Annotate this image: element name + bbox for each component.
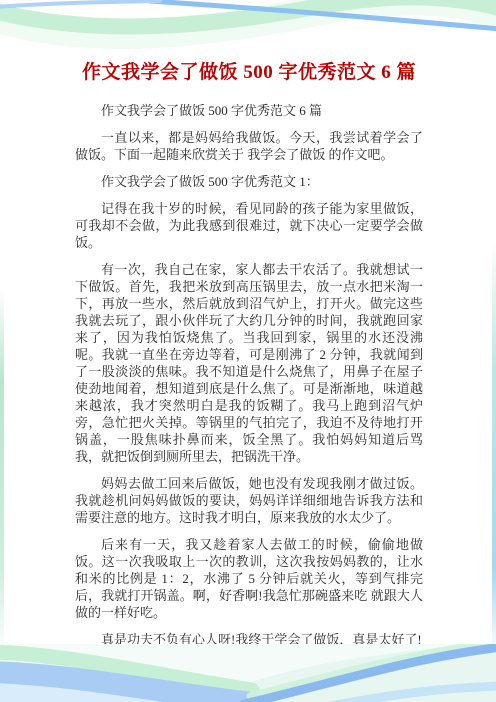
document-subtitle: 作文我学会了做饭 500 字优秀范文 6 篇 (75, 102, 423, 119)
bottom-decorative-border (0, 644, 496, 702)
top-wave-blue-thin (0, 1, 160, 7)
top-decorative-border (0, 0, 496, 52)
intro-paragraph: 一直以来，都是妈妈给我做饭。今天，我尝试着学会了做饭。下面一起随来欣赏关于 我学… (75, 129, 423, 163)
essay1-paragraph-3: 妈妈去做工回来后做饭，她也没有发现我刚才做过饭。我就趁机问妈妈做饭的要诀，妈妈详… (75, 475, 423, 526)
essay1-paragraph-4: 后来有一天，我又趁着家人去做工的时候，偷偷地做饭。这一次我吸取上一次的教训，这次… (75, 536, 423, 621)
page-title: 作文我学会了做饭 500 字优秀范文 6 篇 (75, 58, 423, 88)
document-page: 作文我学会了做饭 500 字优秀范文 6 篇 作文我学会了做饭 500 字优秀范… (0, 0, 496, 702)
essay1-paragraph-1: 记得在我十岁的时候，看见同龄的孩子能为家里做饭，可我却不会做，为此我感到很难过，… (75, 200, 423, 251)
essay1-paragraph-2: 有一次，我自己在家，家人都去干农活了。我就想试一下做饭。首先，我把米放到高压锅里… (75, 261, 423, 465)
document-body: 作文我学会了做饭 500 字优秀范文 6 篇 作文我学会了做饭 500 字优秀范… (0, 52, 496, 685)
section-heading-1: 作文我学会了做饭 500 字优秀范文 1： (75, 173, 423, 190)
